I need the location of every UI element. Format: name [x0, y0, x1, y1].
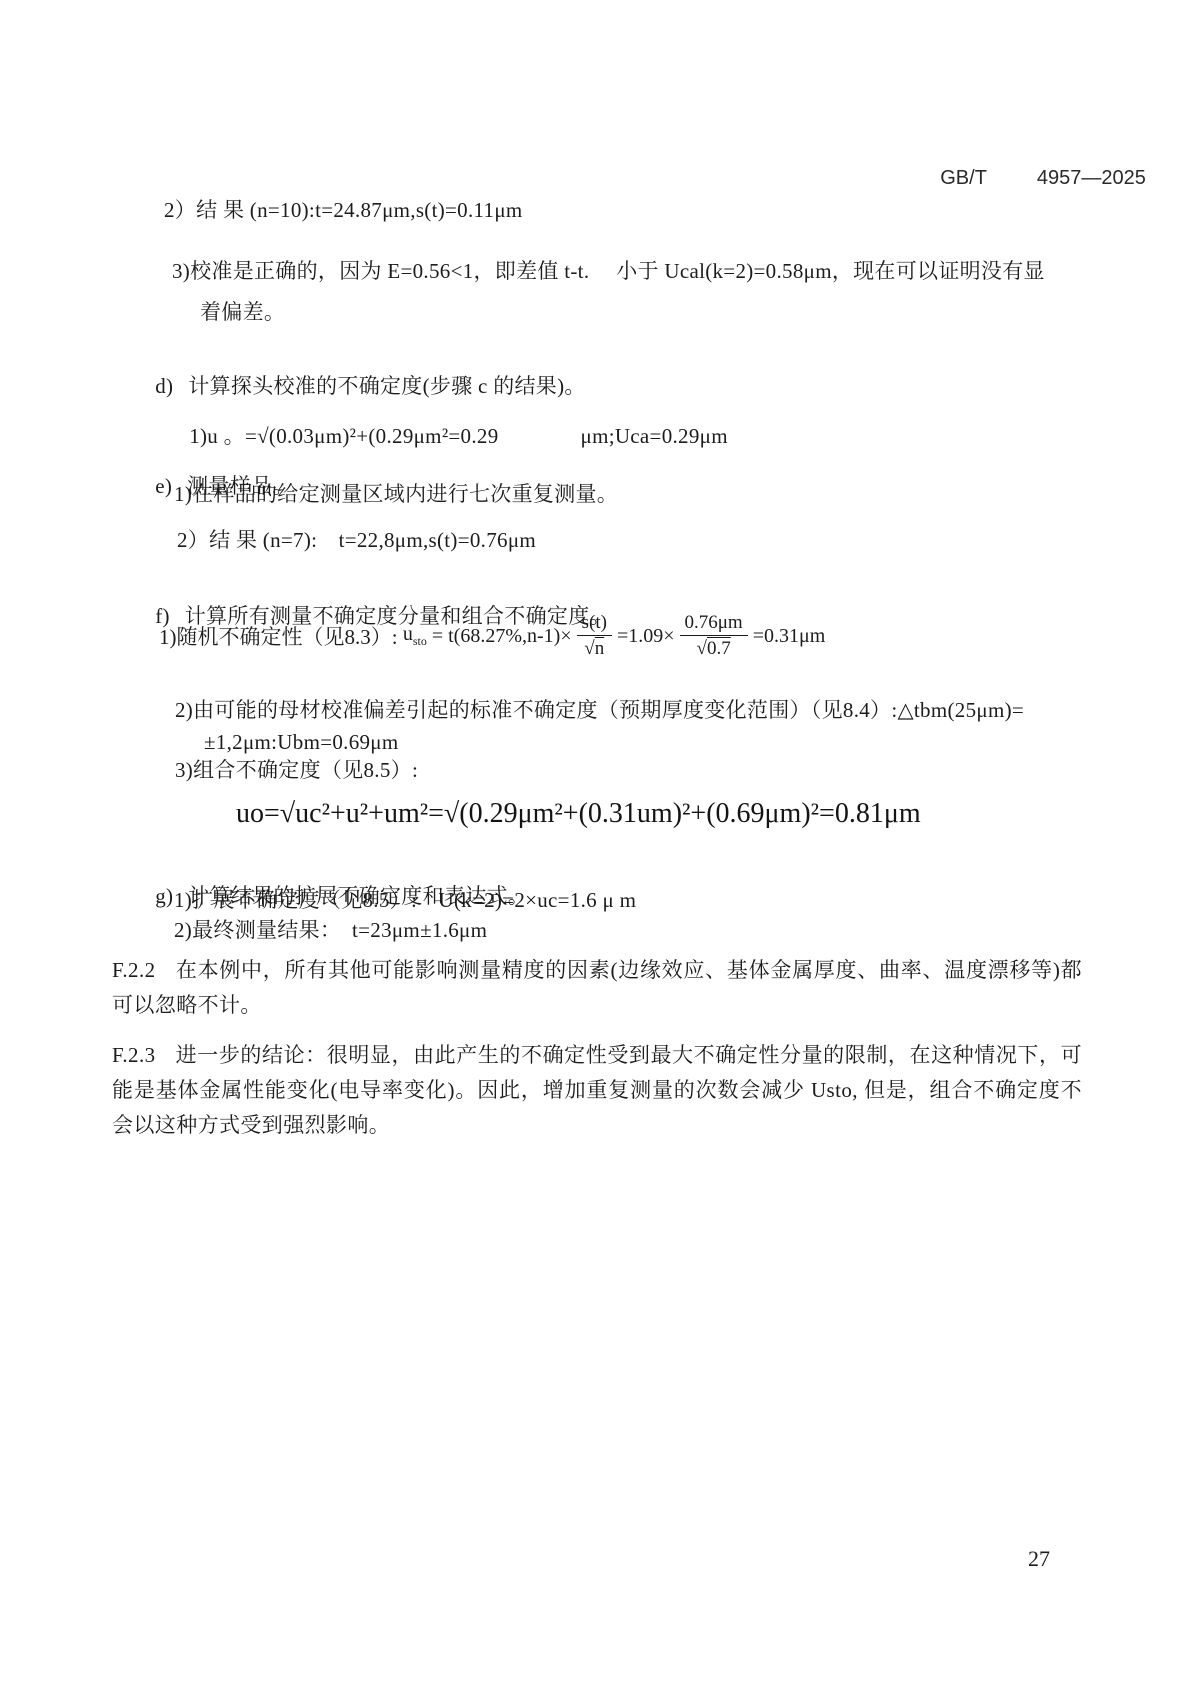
fraction2-numerator: 0.76μm: [680, 612, 748, 636]
page-number: 27: [1028, 1546, 1050, 1572]
fraction-076-over-sqrt-07: 0.76μm√0.7: [680, 612, 748, 660]
item-g-label: g): [155, 884, 173, 908]
uncertainty-formula-left: 1)u 。=√(0.03μm)²+(0.29μm²=0.29: [189, 424, 498, 448]
calibration-conclusion-line1: 3)校准是正确的，因为 E=0.56<1，即差值 t-t. 小于 Ucal(k=…: [172, 258, 1045, 284]
radical-icon: √: [584, 638, 594, 659]
u-subscript: sto: [413, 634, 427, 648]
random-uncertainty-formula: 1)随机不确定性（见8.3）: usto = t(68.27%,n-1)×s(t…: [159, 603, 825, 669]
item-f-sub2-line1: 2)由可能的母材校准偏差引起的标准不确定度（预期厚度变化范围）（见8.4）:△t…: [175, 697, 1024, 723]
clause-f23: F.2.3进一步的结论：很明显，由此产生的不确定性受到最大不确定性分量的限制，在…: [112, 1038, 1082, 1143]
item-d-label: d): [155, 374, 173, 398]
clause-f22-text: 在本例中，所有其他可能影响测量精度的因素(边缘效应、基体金属厚度、曲率、温度漂移…: [112, 958, 1082, 1017]
item-f-sub2-line2: ±1,2μm:Ubm=0.69μm: [204, 729, 399, 755]
clause-f23-label: F.2.3: [112, 1043, 156, 1067]
formula-part1: = t(68.27%,n-1)×: [427, 625, 572, 648]
page-header: GB/T4957—2025: [918, 144, 1146, 213]
item-g-sub1: 1)扩展不确定度（见8.5）: U(k=2)=2×uc=1.6 μ m: [174, 887, 636, 913]
calibration-conclusion-line2: 着偏差。: [200, 299, 285, 325]
fraction-st-over-sqrt-n: s(t)√n: [577, 612, 612, 660]
clause-f23-text: 进一步的结论：很明显，由此产生的不确定性受到最大不确定性分量的限制，在这种情况下…: [112, 1043, 1082, 1137]
clause-f22: F.2.2在本例中，所有其他可能影响测量精度的因素(边缘效应、基体金属厚度、曲率…: [112, 953, 1082, 1023]
result-line-n10: 2）结 果 (n=10):t=24.87μm,s(t)=0.11μm: [164, 197, 523, 223]
item-e-sub2: 2）结 果 (n=7): t=22,8μm,s(t)=0.76μm: [177, 527, 536, 553]
item-e-sub1: 1)在样品的给定测量区域内进行七次重复测量。: [174, 481, 618, 507]
fraction2-denominator: √0.7: [680, 636, 748, 660]
item-e-label: e): [155, 474, 172, 498]
standard-number: 4957—2025: [1037, 167, 1146, 189]
fraction1-numerator: s(t): [577, 612, 612, 636]
standard-document-page: GB/T4957—2025 2）结 果 (n=10):t=24.87μm,s(t…: [0, 0, 1190, 1684]
clause-f22-label: F.2.2: [112, 958, 156, 982]
fraction1-denominator: √n: [577, 636, 612, 660]
standard-code: GB/T: [940, 167, 987, 189]
item-d-title: 计算探头校准的不确定度(步骤 c 的结果)。: [188, 374, 585, 398]
formula-part2: =1.09×: [617, 625, 675, 648]
item-f-sub3: 3)组合不确定度（见8.5）:: [175, 757, 418, 783]
formula-part3: =0.31μm: [753, 625, 826, 648]
uncertainty-formula-right: μm;Uca=0.29μm: [581, 424, 728, 448]
u-symbol: usto: [403, 623, 427, 649]
random-uncertainty-label: 1)随机不确定性（见8.3）:: [159, 621, 403, 651]
item-g-sub2: 2)最终测量结果： t=23μm±1.6μm: [174, 917, 487, 943]
combined-uncertainty-formula: uo=√uc²+u²+um²=√(0.29μm²+(0.31um)²+(0.69…: [236, 798, 921, 830]
radical-icon: √: [697, 638, 707, 659]
